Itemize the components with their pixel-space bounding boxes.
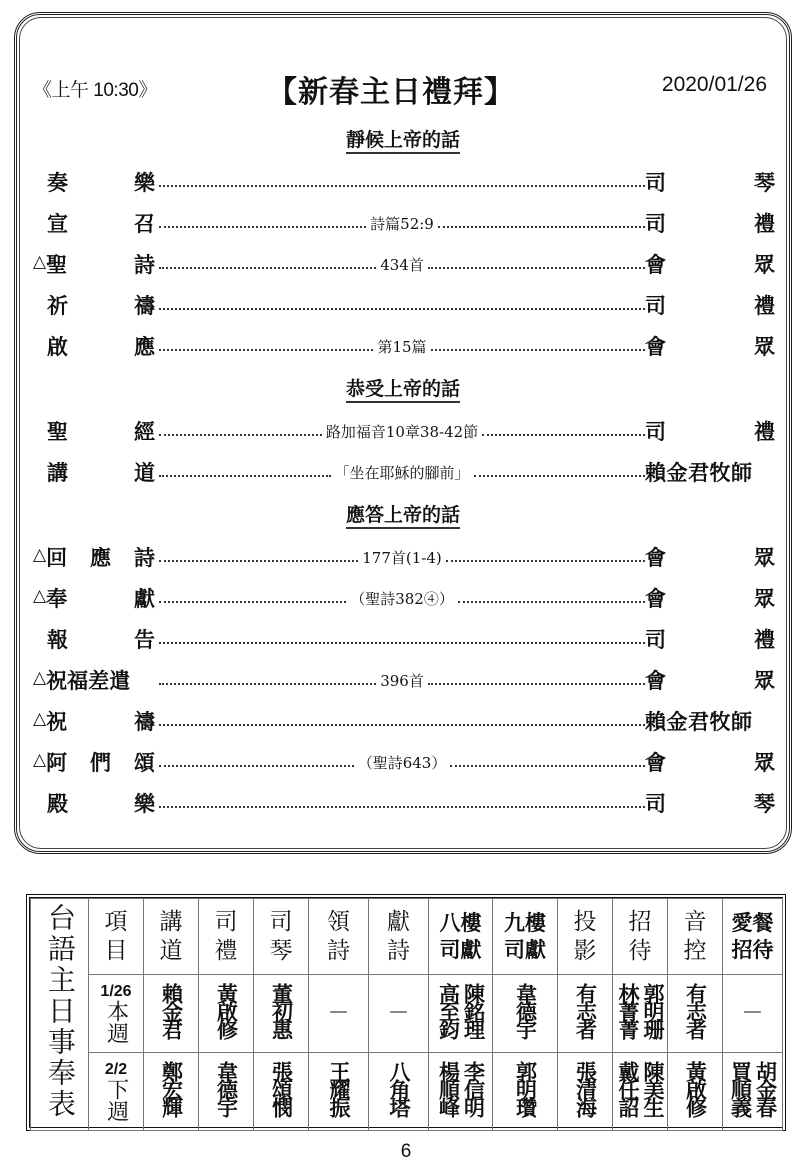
roster-names: 董初惠 — [271, 983, 292, 1037]
service-item-label: 奏樂 — [33, 167, 155, 197]
dotted-line — [159, 349, 373, 351]
roster-names: 韋德宇 — [515, 983, 536, 1037]
service-item-label: △聖詩 — [33, 249, 155, 279]
responsible-text: 司 — [645, 208, 666, 238]
responsible-text: 禮 — [754, 624, 775, 654]
label-char: 啟 — [47, 331, 68, 361]
service-item-detail: 396首 — [376, 670, 428, 691]
order-of-service: 《上午 10:30》 【新春主日禮拜】 2020/01/26 靜候上帝的話奏樂司… — [14, 12, 792, 854]
service-item-detail: 第15篇 — [373, 336, 430, 357]
roster-cell: 鄭宏輝 — [144, 1053, 199, 1131]
service-item: △阿們頌（聖詩643）會眾 — [17, 745, 789, 779]
section-title: 靜候上帝的話 — [17, 125, 789, 152]
responsible-text: 司 — [645, 167, 666, 197]
dot-leader: 396首 — [159, 667, 645, 693]
responsible-text: 會 — [645, 665, 666, 695]
service-item-label: 聖經 — [33, 416, 155, 446]
service-item-responsible: 司禮 — [645, 208, 775, 238]
responsible-text: 琴 — [754, 788, 775, 818]
roster-cell: 李信明楊順峰 — [429, 1053, 493, 1131]
responsible-text: 眾 — [754, 249, 775, 279]
column-header-label: 司琴 — [268, 908, 294, 966]
person-name: 戴任詔 — [617, 1061, 638, 1115]
service-item: △聖詩434首會眾 — [17, 247, 789, 281]
service-item-responsible: 賴金君牧師 — [645, 457, 775, 487]
person-name: 鄭宏輝 — [161, 1061, 182, 1115]
roster-cell: 董初惠 — [254, 975, 309, 1053]
roster-row: 1/26本週賴金君黃啟修董初惠－－陳銘理高至鈞韋德宇有志者郭明珊林菁菁有志者－ — [31, 975, 783, 1053]
person-name: 王耀振 — [328, 1061, 349, 1115]
label-char: 奉 — [46, 583, 67, 613]
service-item: 奏樂司琴 — [17, 165, 789, 199]
dotted-line — [428, 267, 645, 269]
roster-date-cell: 1/26本週 — [89, 975, 144, 1053]
person-name: 黃啟修 — [216, 983, 237, 1037]
dotted-line — [159, 724, 645, 726]
dotted-line — [159, 226, 366, 228]
label-char: 宣 — [47, 208, 68, 238]
dotted-line — [474, 475, 646, 477]
label-char: 祝 — [46, 706, 67, 736]
roster-names: 胡金春買順義 — [730, 1061, 776, 1115]
responsible-text: 眾 — [754, 542, 775, 572]
dot-leader: （聖詩382④） — [159, 585, 645, 611]
responsible-text: 司 — [645, 624, 666, 654]
hymn-triangle-marker: △ — [33, 709, 46, 736]
label-char: 祈 — [47, 290, 68, 320]
roster-cell: 有志者 — [668, 975, 723, 1053]
service-item: △祝福差遣396首會眾 — [17, 663, 789, 697]
roster-column-header: 項目 — [89, 899, 144, 975]
service-item-label: △奉獻 — [33, 583, 155, 613]
label-char: 應 — [134, 331, 155, 361]
responsible-text: 司 — [645, 788, 666, 818]
responsible-text: 禮 — [754, 208, 775, 238]
label-char: 獻 — [134, 583, 155, 613]
roster-cell: 郭明珊林菁菁 — [613, 975, 668, 1053]
person-name: 胡金春 — [755, 1061, 776, 1115]
dotted-line — [159, 806, 645, 808]
service-item-responsible: 會眾 — [645, 583, 775, 613]
person-name: 董初惠 — [271, 983, 292, 1037]
service-item-label: 報告 — [33, 624, 155, 654]
service-item: 殿樂司琴 — [17, 786, 789, 820]
empty-dash: － — [327, 1001, 349, 1026]
responsible-text: 會 — [645, 583, 666, 613]
section-title: 恭受上帝的話 — [17, 374, 789, 401]
column-header-label: 獻詩 — [386, 908, 412, 966]
dotted-line — [431, 349, 645, 351]
roster-date: 1/26 — [89, 984, 143, 1000]
dot-leader: 路加福音10章38-42節 — [159, 418, 645, 444]
person-name: 郭明瓚 — [515, 1061, 536, 1115]
hymn-triangle-marker: △ — [33, 252, 46, 279]
roster-names: 黃啟修 — [685, 1061, 706, 1115]
service-item-label: △祝福差遣 — [33, 665, 155, 695]
service-item: △奉獻（聖詩382④）會眾 — [17, 581, 789, 615]
dot-leader — [159, 169, 645, 195]
dotted-line — [482, 434, 645, 436]
roster-cell: 黃啟修 — [668, 1053, 723, 1131]
person-name: 黃啟修 — [685, 1061, 706, 1115]
label-char: 祝福差遣 — [46, 665, 130, 695]
roster-cell: － — [723, 975, 783, 1053]
roster-names: 郭明珊林菁菁 — [617, 983, 663, 1037]
roster-cell: 韋德宇 — [199, 1053, 254, 1131]
service-item-label: 講道 — [33, 457, 155, 487]
column-header-label: 八樓司獻 — [437, 910, 485, 963]
hymn-triangle-marker: △ — [33, 750, 46, 777]
person-name: 韋德宇 — [515, 983, 536, 1037]
roster-names: 李信明楊順峰 — [438, 1061, 484, 1115]
service-item: 講道「坐在耶穌的腳前」賴金君牧師 — [17, 455, 789, 489]
service-item-detail: 路加福音10章38-42節 — [322, 421, 482, 442]
dotted-line — [159, 267, 376, 269]
roster-names: 有志者 — [575, 983, 596, 1037]
person-name: 賴金君 — [161, 983, 182, 1037]
label-char: 詩 — [134, 542, 155, 572]
roster-column-header: 司禮 — [199, 899, 254, 975]
roster-cell: 張清海 — [558, 1053, 613, 1131]
person-name: 李信明 — [463, 1061, 484, 1115]
label-char: 應 — [90, 542, 111, 572]
service-item-responsible: 賴金君牧師 — [645, 706, 775, 736]
responsible-text: 眾 — [754, 583, 775, 613]
service-item: 祈禱司禮 — [17, 288, 789, 322]
roster-cell: 郭明瓚 — [493, 1053, 558, 1131]
person-name: 韋德宇 — [216, 1061, 237, 1115]
service-item: 聖經路加福音10章38-42節司禮 — [17, 414, 789, 448]
roster-column-header: 領詩 — [309, 899, 369, 975]
label-char: 告 — [134, 624, 155, 654]
service-item-label: △祝禱 — [33, 706, 155, 736]
roster-date-cell: 2/2下週 — [89, 1053, 144, 1131]
column-header-label: 音控 — [682, 908, 708, 966]
roster-cell: 胡金春買順義 — [723, 1053, 783, 1131]
label-char: 們 — [90, 747, 111, 777]
roster-column-header: 八樓司獻 — [429, 899, 493, 975]
hymn-triangle-marker: △ — [33, 586, 46, 613]
roster-names: 陳美生戴任詔 — [617, 1061, 663, 1115]
label-char: 禱 — [134, 290, 155, 320]
responsible-text: 賴金君牧師 — [645, 457, 753, 487]
roster-cell: 韋德宇 — [493, 975, 558, 1053]
responsible-text: 禮 — [754, 290, 775, 320]
roster-date: 2/2 — [89, 1062, 143, 1078]
service-item-label: △回應詩 — [33, 542, 155, 572]
section-title-text: 恭受上帝的話 — [346, 378, 460, 403]
column-header-label: 司禮 — [213, 908, 239, 966]
dot-leader — [159, 708, 645, 734]
responsible-text: 司 — [645, 416, 666, 446]
roster-cell: 陳銘理高至鈞 — [429, 975, 493, 1053]
responsible-text: 眾 — [754, 747, 775, 777]
label-char: 道 — [134, 457, 155, 487]
roster-column-header: 投影 — [558, 899, 613, 975]
responsible-text: 會 — [645, 249, 666, 279]
dotted-line — [438, 226, 645, 228]
service-item-responsible: 司禮 — [645, 416, 775, 446]
roster-week: 本週 — [103, 1000, 128, 1044]
dotted-line — [159, 601, 346, 603]
page-number: 6 — [0, 1141, 812, 1163]
column-header-label: 領詩 — [326, 908, 352, 966]
dotted-line — [159, 642, 645, 644]
roster-names: 王耀振 — [328, 1061, 349, 1115]
dotted-line — [159, 185, 645, 187]
person-name: 有志者 — [685, 983, 706, 1037]
roster-column-header: 愛餐招待 — [723, 899, 783, 975]
label-char: 召 — [134, 208, 155, 238]
dotted-line — [428, 683, 645, 685]
roster-names: 陳銘理高至鈞 — [438, 983, 484, 1037]
dot-leader: （聖詩643） — [159, 749, 645, 775]
responsible-text: 會 — [645, 542, 666, 572]
responsible-text: 眾 — [754, 331, 775, 361]
service-item: 啟應第15篇會眾 — [17, 329, 789, 363]
roster-week: 下週 — [103, 1078, 128, 1122]
roster-names: 八角塔 — [388, 1061, 409, 1115]
service-item-detail: 「坐在耶穌的腳前」 — [331, 462, 474, 483]
roster-column-header: 招待 — [613, 899, 668, 975]
roster-cell: 有志者 — [558, 975, 613, 1053]
label-char: 經 — [134, 416, 155, 446]
service-date: 2020/01/26 — [662, 73, 767, 97]
roster-column-header: 九樓司獻 — [493, 899, 558, 975]
label-char: 殿 — [47, 788, 68, 818]
service-item: △祝禱賴金君牧師 — [17, 704, 789, 738]
dotted-line — [159, 475, 331, 477]
service-item-label: 啟應 — [33, 331, 155, 361]
dot-leader: 177首(1-4) — [159, 544, 645, 570]
person-name: 有志者 — [575, 983, 596, 1037]
roster-column-header: 講道 — [144, 899, 199, 975]
dotted-line — [159, 765, 354, 767]
service-item: 宣召詩篇52:9司禮 — [17, 206, 789, 240]
label-char: 阿 — [46, 747, 67, 777]
service-item-responsible: 會眾 — [645, 249, 775, 279]
roster-names: 張頌憫 — [271, 1061, 292, 1115]
service-item-responsible: 會眾 — [645, 747, 775, 777]
hymn-triangle-marker: △ — [33, 545, 46, 572]
page-title: 【新春主日禮拜】 — [267, 67, 515, 111]
roster-cell: 張頌憫 — [254, 1053, 309, 1131]
dotted-line — [446, 560, 645, 562]
person-name: 林菁菁 — [617, 983, 638, 1037]
service-item-detail: （聖詩643） — [354, 752, 451, 773]
service-item-label: 殿樂 — [33, 788, 155, 818]
person-name: 陳銘理 — [463, 983, 484, 1037]
dotted-line — [159, 683, 376, 685]
dot-leader: 434首 — [159, 251, 645, 277]
service-item-responsible: 司琴 — [645, 167, 775, 197]
roster-title: 台語主日事奉表 — [31, 899, 89, 1131]
label-char: 詩 — [134, 249, 155, 279]
dotted-line — [159, 434, 322, 436]
roster-names: 鄭宏輝 — [161, 1061, 182, 1115]
label-char: 樂 — [134, 788, 155, 818]
roster-cell: － — [309, 975, 369, 1053]
responsible-text: 眾 — [754, 665, 775, 695]
responsible-text: 會 — [645, 747, 666, 777]
service-item-label: △阿們頌 — [33, 747, 155, 777]
roster-cell: 陳美生戴任詔 — [613, 1053, 668, 1131]
service-item-responsible: 司禮 — [645, 624, 775, 654]
responsible-text: 禮 — [754, 416, 775, 446]
roster-cell: 八角塔 — [369, 1053, 429, 1131]
roster-names: 賴金君 — [161, 983, 182, 1037]
column-header-label: 投影 — [572, 908, 598, 966]
person-name: 陳美生 — [642, 1061, 663, 1115]
label-char: 聖 — [46, 249, 67, 279]
roster-names: 有志者 — [685, 983, 706, 1037]
column-header-label: 九樓司獻 — [501, 910, 549, 963]
hymn-triangle-marker: △ — [33, 668, 46, 695]
roster-title-text: 台語主日事奉表 — [44, 903, 75, 1120]
service-header: 《上午 10:30》 【新春主日禮拜】 2020/01/26 — [17, 67, 789, 107]
responsible-text: 賴金君牧師 — [645, 706, 753, 736]
dot-leader: 第15篇 — [159, 333, 645, 359]
roster-cell: 王耀振 — [309, 1053, 369, 1131]
person-name: 張頌憫 — [271, 1061, 292, 1115]
service-item-responsible: 司禮 — [645, 290, 775, 320]
roster-cell: 黃啟修 — [199, 975, 254, 1053]
roster-names: 黃啟修 — [216, 983, 237, 1037]
roster-column-header: 音控 — [668, 899, 723, 975]
empty-dash: － — [741, 1001, 763, 1026]
label-char: 奏 — [47, 167, 68, 197]
service-item-detail: 434首 — [376, 254, 428, 275]
service-item-detail: （聖詩382④） — [346, 588, 458, 609]
dotted-line — [159, 308, 645, 310]
responsible-text: 司 — [645, 290, 666, 320]
service-item-responsible: 會眾 — [645, 331, 775, 361]
dot-leader — [159, 292, 645, 318]
service-item-responsible: 會眾 — [645, 665, 775, 695]
roster-column-header: 司琴 — [254, 899, 309, 975]
service-item-responsible: 司琴 — [645, 788, 775, 818]
section-title: 應答上帝的話 — [17, 500, 789, 527]
section-title-text: 應答上帝的話 — [346, 504, 460, 529]
column-header-label: 愛餐招待 — [729, 910, 777, 963]
dot-leader: 「坐在耶穌的腳前」 — [159, 459, 645, 485]
label-char: 頌 — [134, 747, 155, 777]
label-char: 報 — [47, 624, 68, 654]
person-name: 買順義 — [730, 1061, 751, 1115]
dotted-line — [458, 601, 645, 603]
label-char: 聖 — [47, 416, 68, 446]
label-char: 講 — [47, 457, 68, 487]
service-item-responsible: 會眾 — [645, 542, 775, 572]
section-title-text: 靜候上帝的話 — [346, 129, 460, 154]
roster-cell: 賴金君 — [144, 975, 199, 1053]
column-header-label: 招待 — [627, 908, 653, 966]
service-item-detail: 詩篇52:9 — [366, 213, 438, 234]
roster-names: 韋德宇 — [216, 1061, 237, 1115]
column-header-label: 講道 — [158, 908, 184, 966]
roster-row: 2/2下週鄭宏輝韋德宇張頌憫王耀振八角塔李信明楊順峰郭明瓚張清海陳美生戴任詔黃啟… — [31, 1053, 783, 1131]
dot-leader — [159, 790, 645, 816]
dotted-line — [159, 560, 358, 562]
empty-dash: － — [387, 1001, 409, 1026]
service-item-label: 祈禱 — [33, 290, 155, 320]
duty-roster-table: 台語主日事奉表項目講道司禮司琴領詩獻詩八樓司獻九樓司獻投影招待音控愛餐招待1/2… — [26, 894, 786, 1131]
person-name: 楊順峰 — [438, 1061, 459, 1115]
roster-names: 張清海 — [575, 1061, 596, 1115]
service-item: △回應詩177首(1-4)會眾 — [17, 540, 789, 574]
service-time: 《上午 10:30》 — [33, 75, 157, 102]
dot-leader — [159, 626, 645, 652]
person-name: 張清海 — [575, 1061, 596, 1115]
responsible-text: 琴 — [754, 167, 775, 197]
service-item-detail: 177首(1-4) — [358, 547, 446, 568]
label-char: 禱 — [134, 706, 155, 736]
person-name: 八角塔 — [388, 1061, 409, 1115]
column-header-label: 項目 — [103, 908, 129, 966]
person-name: 高至鈞 — [438, 983, 459, 1037]
service-item-label: 宣召 — [33, 208, 155, 238]
person-name: 郭明珊 — [642, 983, 663, 1037]
responsible-text: 會 — [645, 331, 666, 361]
label-char: 樂 — [134, 167, 155, 197]
service-item: 報告司禮 — [17, 622, 789, 656]
dot-leader: 詩篇52:9 — [159, 210, 645, 236]
dotted-line — [450, 765, 645, 767]
label-char: 回 — [46, 542, 67, 572]
roster-cell: － — [369, 975, 429, 1053]
roster-names: 郭明瓚 — [515, 1061, 536, 1115]
roster-column-header: 獻詩 — [369, 899, 429, 975]
